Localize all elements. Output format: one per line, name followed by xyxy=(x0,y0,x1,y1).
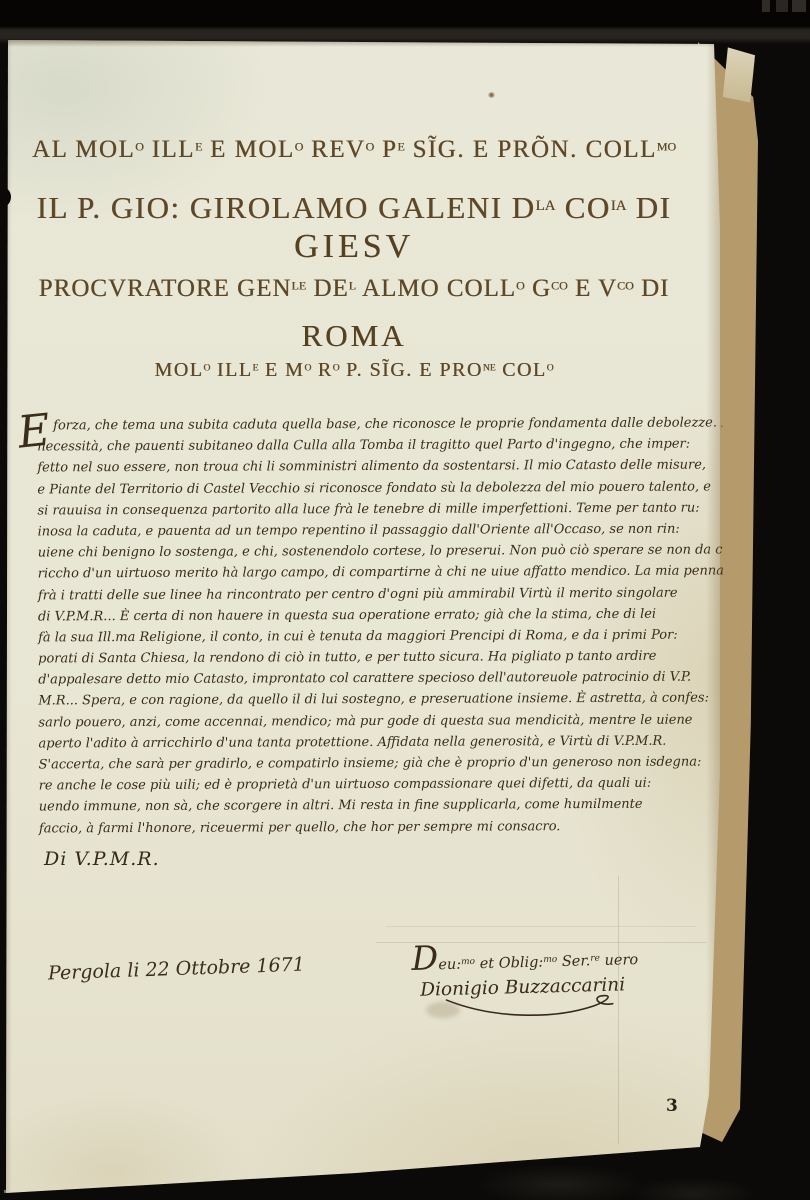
superscript-abbreviation: MO xyxy=(657,139,676,153)
superscript-abbreviation: L xyxy=(349,278,356,292)
manuscript-line: M.R... Spera, e con ragione, da quello i… xyxy=(36,688,706,712)
paper-smudge xyxy=(426,1002,460,1018)
manuscript-line: porati di Santa Chiesa, la rendono di ci… xyxy=(36,646,706,670)
dedication-heading-line-6: MOLO ILLE E MO RO P. SĨG. E PRONE COLO xyxy=(6,359,702,382)
manuscript-line: S'accerta, che sarà per gradirlo, e comp… xyxy=(37,752,707,776)
salutation: Di V.P.M.R. xyxy=(44,848,160,870)
dedication-heading-line-2: IL P. GIO: GIROLAMO GALENI DLA COIA DI xyxy=(6,190,702,226)
superscript-abbreviation: NE xyxy=(483,363,496,374)
manuscript-line: forza, che tema una subita caduta quella… xyxy=(35,413,705,437)
superscript-abbreviation: re xyxy=(590,954,600,964)
superscript-abbreviation: O xyxy=(203,363,210,374)
manuscript-line: frà i tratti delle sue linee ha rincontr… xyxy=(36,582,706,606)
manuscript-line: di V.P.M.R... È certa di non hauere in q… xyxy=(36,603,706,627)
underlying-leaf-corner xyxy=(723,47,756,102)
manuscript-line: re anche le cose più uili; ed è propriet… xyxy=(37,773,707,797)
superscript-abbreviation: CO xyxy=(551,278,568,292)
superscript-abbreviation: CO xyxy=(617,278,634,292)
dedication-heading-line-4: PROCVRATORE GENLE DEL ALMO COLLO GCO E V… xyxy=(6,275,702,303)
dedication-heading-line-5: ROMA xyxy=(6,318,702,354)
superscript-abbreviation: E xyxy=(195,139,202,153)
manuscript-line: uiene chi benigno lo sostenga, e chi, so… xyxy=(36,540,706,564)
body-text: forza, che tema una subita caduta quella… xyxy=(35,413,707,840)
manuscript-line: riccho d'un uirtuoso merito hà largo cam… xyxy=(36,561,706,585)
manuscript-line: fetto nel suo essere, non troua chi li s… xyxy=(35,455,705,479)
horizontal-crease xyxy=(386,926,696,927)
manuscript-line: necessità, che pauenti subitaneo dalla C… xyxy=(35,434,705,458)
superscript-abbreviation: LE xyxy=(291,278,306,292)
manuscript-line: aperto l'adito à arricchirlo d'una tanta… xyxy=(36,730,706,754)
superscript-abbreviation: mo xyxy=(461,957,475,967)
dedication-heading-line-3: GIESV xyxy=(6,228,702,266)
dateline: Pergola li 22 Ottobre 1671 xyxy=(48,954,306,985)
superscript-abbreviation: IA xyxy=(611,198,627,214)
superscript-abbreviation: LA xyxy=(536,198,556,214)
superscript-abbreviation: O xyxy=(516,278,525,292)
manuscript-line: e Piante del Territorio di Castel Vecchi… xyxy=(35,476,705,500)
superscript-abbreviation: O xyxy=(135,139,144,153)
superscript-abbreviation: O xyxy=(333,363,340,374)
superscript-abbreviation: O xyxy=(304,363,311,374)
scanner-edge-marks xyxy=(762,0,806,12)
vertical-crease xyxy=(618,876,619,1144)
dedication-heading-line-1: AL MOLO ILLE E MOLO REVO PE SĨG. E PRÕN.… xyxy=(6,136,702,164)
superscript-abbreviation: O xyxy=(366,139,375,153)
folio-number: 3 xyxy=(666,1096,678,1116)
manuscript-line: si rauuisa in consequenza partorito alla… xyxy=(35,497,705,521)
superscript-abbreviation: E xyxy=(252,363,258,374)
manuscript-line: faccio, à farmi l'honore, riceuermi per … xyxy=(37,815,707,839)
superscript-abbreviation: O xyxy=(547,363,554,374)
superscript-abbreviation: E xyxy=(397,139,404,153)
superscript-abbreviation: O xyxy=(295,139,304,153)
horizontal-crease xyxy=(376,942,706,943)
manuscript-line: d'appalesare detto mio Catasto, impronta… xyxy=(36,667,706,691)
manuscript-line: uendo immune, non sà, che scorgere in al… xyxy=(37,794,707,818)
scan-backdrop: AL MOLO ILLE E MOLO REVO PE SĨG. E PRÕN.… xyxy=(0,0,810,1200)
manuscript-line: inosa la caduta, e pauenta ad un tempo r… xyxy=(36,518,706,542)
manuscript-line: fà la sua Ill.ma Religione, il conto, in… xyxy=(36,624,706,648)
signature-formula: Deu:mo et Oblig:mo Ser.re uero xyxy=(411,933,639,978)
manuscript-line: sarlo pouero, anzi, come accennai, mendi… xyxy=(36,709,706,733)
ink-stain xyxy=(488,92,495,98)
manuscript-page: AL MOLO ILLE E MOLO REVO PE SĨG. E PRÕN.… xyxy=(6,40,720,1194)
superscript-abbreviation: mo xyxy=(543,955,557,965)
